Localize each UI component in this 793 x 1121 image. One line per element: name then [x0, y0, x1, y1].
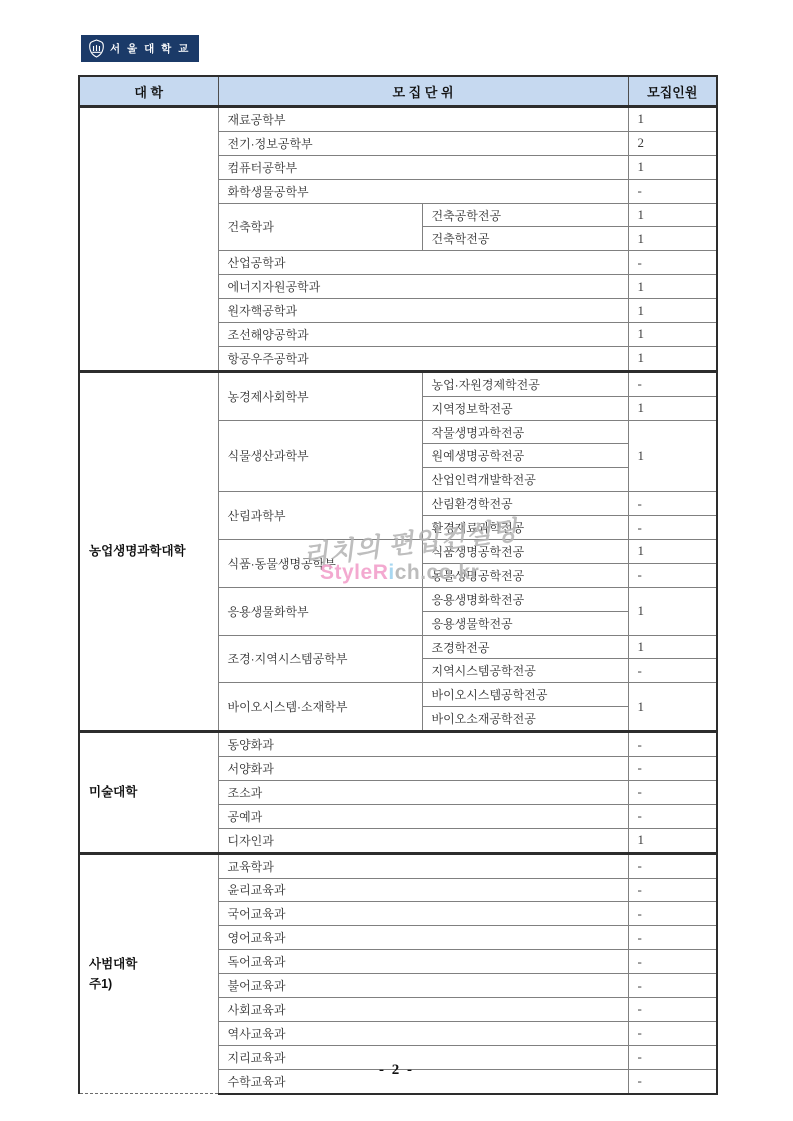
- major-cell: 식품생명공학전공: [422, 540, 628, 564]
- major-cell: 건축공학전공: [422, 203, 628, 227]
- unit-cell: 국어교육과: [218, 902, 628, 926]
- quota-cell: -: [628, 659, 717, 683]
- major-cell: 바이오시스템공학전공: [422, 683, 628, 707]
- unit-cell: 항공우주공학과: [218, 346, 628, 371]
- unit-cell: 조경·지역시스템공학부: [218, 635, 422, 683]
- major-cell: 작물생명과학전공: [422, 420, 628, 444]
- quota-cell: 2: [628, 131, 717, 155]
- quota-cell: 1: [628, 396, 717, 420]
- unit-cell: 전기·정보공학부: [218, 131, 628, 155]
- quota-cell: -: [628, 492, 717, 516]
- college-name: 사범대학: [89, 954, 214, 974]
- quota-cell: -: [628, 516, 717, 540]
- quota-cell: -: [628, 902, 717, 926]
- unit-cell: 서양화과: [218, 757, 628, 781]
- page-number: - 2 -: [0, 1062, 793, 1079]
- quota-cell: -: [628, 997, 717, 1021]
- quota-cell: 1: [628, 203, 717, 227]
- major-cell: 바이오소재공학전공: [422, 707, 628, 732]
- major-cell: 농업·자원경제학전공: [422, 371, 628, 396]
- unit-cell: 영어교육과: [218, 926, 628, 950]
- unit-cell: 윤리교육과: [218, 878, 628, 902]
- major-cell: 응용생명화학전공: [422, 587, 628, 611]
- unit-cell: 에너지자원공학과: [218, 275, 628, 299]
- university-logo-banner: 서 울 대 학 교: [81, 35, 199, 62]
- unit-cell: 농경제사회학부: [218, 371, 422, 420]
- quota-cell: -: [628, 974, 717, 998]
- quota-cell: 1: [628, 299, 717, 323]
- admissions-table: 대 학 모 집 단 위 모집인원 재료공학부 1 전기·정보공학부 2 컴퓨터공…: [78, 75, 718, 1095]
- unit-cell: 동양화과: [218, 732, 628, 757]
- quota-cell: -: [628, 732, 717, 757]
- unit-header-cell: 모 집 단 위: [218, 76, 628, 107]
- unit-cell: 컴퓨터공학부: [218, 155, 628, 179]
- unit-cell: 공예과: [218, 804, 628, 828]
- university-emblem-icon: [88, 39, 105, 58]
- quota-cell: 1: [628, 828, 717, 853]
- major-cell: 원예생명공학전공: [422, 444, 628, 468]
- college-cell: [79, 107, 218, 372]
- quota-cell: 1: [628, 587, 717, 635]
- document-page: 서 울 대 학 교 대 학 모 집 단 위 모집인원 재료공학부 1 전기·정보…: [0, 0, 793, 1121]
- major-cell: 응용생물학전공: [422, 611, 628, 635]
- quota-cell: 1: [628, 540, 717, 564]
- unit-cell: 응용생물화학부: [218, 587, 422, 635]
- major-cell: 환경재료과학전공: [422, 516, 628, 540]
- major-cell: 조경학전공: [422, 635, 628, 659]
- quota-cell: 1: [628, 107, 717, 132]
- quota-cell: -: [628, 780, 717, 804]
- unit-cell: 불어교육과: [218, 974, 628, 998]
- quota-cell: 1: [628, 323, 717, 347]
- major-cell: 건축학전공: [422, 227, 628, 251]
- unit-cell: 바이오시스템·소재학부: [218, 683, 422, 732]
- table-row: 재료공학부 1: [79, 107, 717, 132]
- quota-cell: 1: [628, 346, 717, 371]
- quota-cell: -: [628, 371, 717, 396]
- table-row: 미술대학 동양화과 -: [79, 732, 717, 757]
- quota-cell: 1: [628, 155, 717, 179]
- unit-cell: 식물생산과학부: [218, 420, 422, 492]
- quota-cell: 1: [628, 227, 717, 251]
- college-cell: 미술대학: [79, 732, 218, 853]
- major-cell: 지역정보학전공: [422, 396, 628, 420]
- quota-cell: -: [628, 179, 717, 203]
- unit-cell: 식품·동물생명공학부: [218, 540, 422, 588]
- major-cell: 산업인력개발학전공: [422, 468, 628, 492]
- unit-cell: 역사교육과: [218, 1021, 628, 1045]
- major-cell: 지역시스템공학전공: [422, 659, 628, 683]
- college-cell: 농업생명과학대학: [79, 371, 218, 731]
- quota-cell: -: [628, 563, 717, 587]
- major-cell: 산림환경학전공: [422, 492, 628, 516]
- quota-cell: -: [628, 757, 717, 781]
- unit-cell: 독어교육과: [218, 950, 628, 974]
- quota-cell: -: [628, 853, 717, 878]
- unit-cell: 조소과: [218, 780, 628, 804]
- quota-cell: 1: [628, 683, 717, 732]
- college-note: 주1): [89, 974, 214, 994]
- major-cell: 동물생명공학전공: [422, 563, 628, 587]
- table-header-row: 대 학 모 집 단 위 모집인원: [79, 76, 717, 107]
- unit-cell: 건축학과: [218, 203, 422, 251]
- quota-cell: -: [628, 1021, 717, 1045]
- table-row: 사범대학 주1) 교육학과 -: [79, 853, 717, 878]
- unit-cell: 원자핵공학과: [218, 299, 628, 323]
- unit-cell: 재료공학부: [218, 107, 628, 132]
- quota-cell: 1: [628, 420, 717, 492]
- unit-cell: 사회교육과: [218, 997, 628, 1021]
- quota-cell: 1: [628, 275, 717, 299]
- unit-cell: 교육학과: [218, 853, 628, 878]
- unit-cell: 산업공학과: [218, 251, 628, 275]
- quota-cell: -: [628, 251, 717, 275]
- college-header-cell: 대 학: [79, 76, 218, 107]
- college-cell: 사범대학 주1): [79, 853, 218, 1093]
- quota-cell: -: [628, 804, 717, 828]
- unit-cell: 조선해양공학과: [218, 323, 628, 347]
- unit-cell: 산림과학부: [218, 492, 422, 540]
- unit-cell: 화학생물공학부: [218, 179, 628, 203]
- unit-cell: 디자인과: [218, 828, 628, 853]
- quota-cell: -: [628, 926, 717, 950]
- quota-cell: -: [628, 950, 717, 974]
- quota-header-cell: 모집인원: [628, 76, 717, 107]
- table-row: 농업생명과학대학 농경제사회학부 농업·자원경제학전공 -: [79, 371, 717, 396]
- university-name: 서 울 대 학 교: [110, 41, 190, 56]
- quota-cell: 1: [628, 635, 717, 659]
- quota-cell: -: [628, 878, 717, 902]
